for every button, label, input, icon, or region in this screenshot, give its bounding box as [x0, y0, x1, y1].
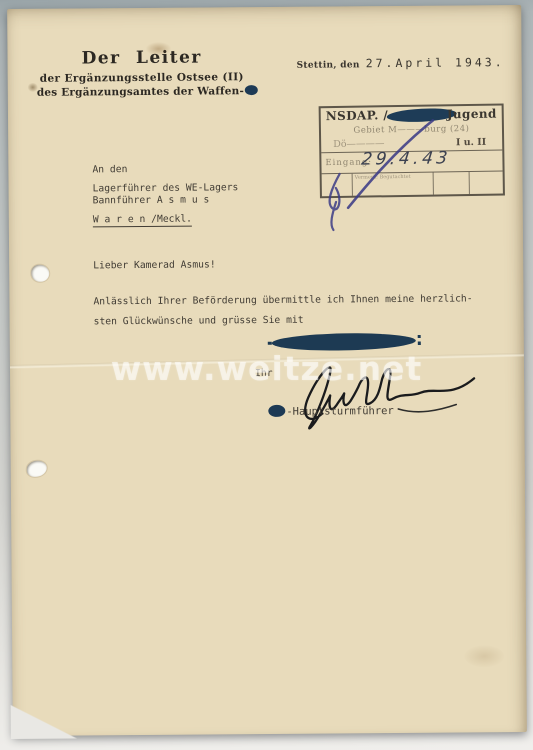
paper-sheet: Der Leiter der Ergänzungsstelle Ostsee (… — [7, 5, 527, 736]
redaction-dot-icon — [245, 85, 258, 95]
stamp-eingang-row: Eingang: 29.4.43 — [321, 150, 502, 174]
redaction-ss-dot-icon — [268, 405, 285, 417]
body-line-1: Anlässlich Ihrer Beförderung übermittle … — [93, 293, 472, 307]
letterhead-line3: des Ergänzungsamtes der Waffen- — [37, 85, 258, 99]
handwritten-date: 29.4.43 — [360, 148, 452, 169]
entry-stamp: NSDAP. / Jugend Gebiet M———burg (24) Dö—… — [319, 103, 505, 198]
dateline-place: Stettin, den — [297, 60, 360, 70]
corner-fold — [11, 705, 77, 740]
hole-punch-top — [31, 265, 49, 282]
stamp-cell-note: Vermerk: Begutachtet — [353, 173, 434, 196]
dateline-date: 27.April 1943. — [366, 55, 505, 70]
address-line-3: Bannführer A s m u s — [93, 194, 210, 206]
body-line-2: sten Glückwünsche und grüsse Sie mit — [94, 315, 304, 328]
letterhead-line3-text: des Ergänzungsamtes der Waffen- — [37, 85, 244, 99]
stamp-bottom-cells: Vermerk: Begutachtet — [322, 171, 503, 197]
signature-ink — [278, 348, 494, 438]
letterhead-line2: der Ergänzungsstelle Ostsee (II) — [40, 71, 244, 85]
address-line-1: An den — [92, 164, 127, 175]
address-line-2: Lagerführer des WE-Lagers — [93, 182, 239, 194]
stamp-row-organization: NSDAP. / Jugend — [321, 106, 502, 127]
stamp-cell-1 — [322, 174, 353, 196]
hole-punch-bottom — [27, 461, 47, 477]
stamp-org-prefix: NSDAP. / — [326, 108, 389, 123]
paper-stain — [28, 83, 38, 92]
address-line-4-underlined: W a r e n /Meckl. — [93, 214, 192, 228]
stamp-dienststelle-clear: I u. II — [456, 137, 486, 150]
rank-line: -Hauptsturmführer — [286, 405, 394, 418]
letterhead-title: Der Leiter — [81, 48, 201, 69]
stamp-org-suffix: Jugend — [447, 107, 497, 122]
salutation: Lieber Kamerad Asmus! — [93, 259, 216, 271]
dateline: Stettin, den 27.April 1943. — [297, 55, 505, 71]
closing-ihr: Ihr — [255, 368, 273, 379]
stamp-cell-3 — [434, 172, 470, 195]
paper-stain — [464, 645, 504, 667]
stamp-cell-4 — [470, 172, 503, 194]
